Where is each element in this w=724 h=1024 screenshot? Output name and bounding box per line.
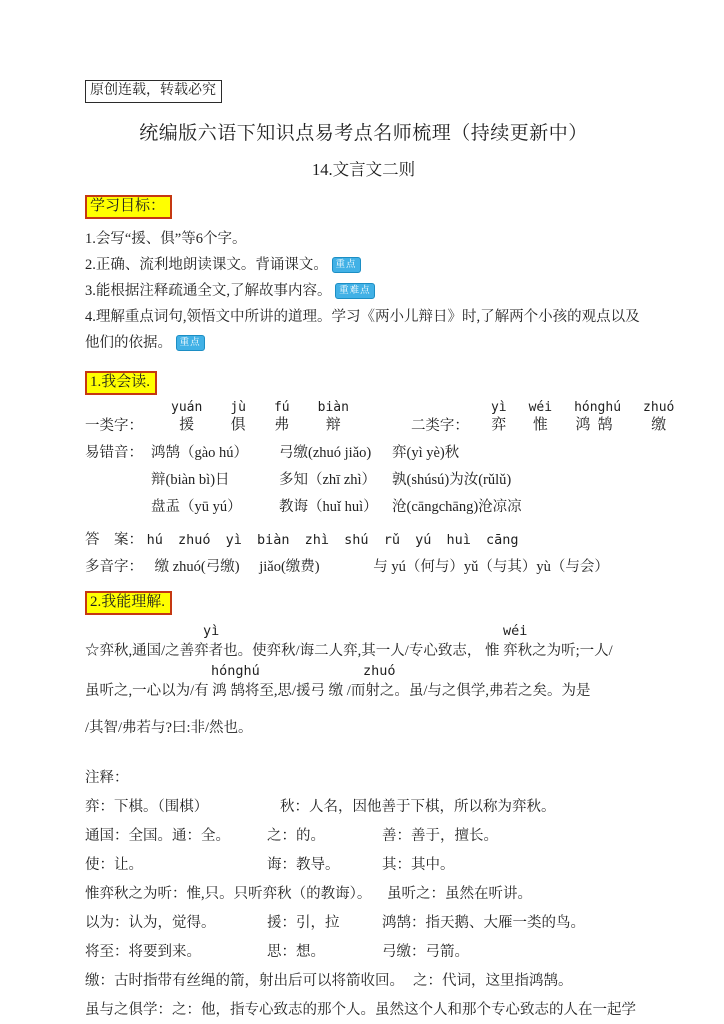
objectives-list: 1.会写“援、俱”等6个字。 2.正确、流利地朗读课文。背诵课文。 重点 3.能… xyxy=(85,226,642,356)
passage-line: 虽听之,一心以为/有 鸿 鹄将至,思/援弓 缴 /而射之。虽/与之俱学,弗若之矣… xyxy=(85,680,642,703)
char-with-pinyin: hónghú鸿鹄 xyxy=(574,400,621,435)
annotation-row: 将至：将要到来。 思：想。 弓缴：弓箭。 xyxy=(85,938,642,967)
annotation-cell: 思：想。 xyxy=(267,938,382,967)
document-page: 原创连载，转载必究 统编版六语下知识点易考点名师梳理（持续更新中） 14.文言文… xyxy=(0,0,724,1024)
passage-line: /其智/弗若与?曰:非/然也。 xyxy=(85,717,642,740)
understand-heading: 2.我能理解. xyxy=(85,591,172,615)
annotation-row: 通国：全国。通：全。 之：的。 善：善于，擅长。 xyxy=(85,822,642,851)
objective-text: 3.能根据注释疏通全文,了解故事内容。 xyxy=(85,283,332,299)
key-difficult-point-badge: 重难点 xyxy=(335,283,375,299)
annotation-row: 缴：古时指带有丝绳的箭，射出后可以将箭收回。 之：代词，这里指鸿鹄。 xyxy=(85,967,642,996)
classical-text-passage: yì wéi ☆弈秋,通国/之善弈者也。使弈秋/诲二人弈,其一人/专心致志， 惟… xyxy=(85,623,642,740)
annotation-row: 使：让。 诲：教导。 其：其中。 xyxy=(85,851,642,880)
objective-item: 1.会写“援、俱”等6个字。 xyxy=(85,226,642,252)
annotation-cell: 秋：人名，因他善于下棋，所以称为弈秋。 xyxy=(280,793,642,822)
error-prone-grid: 鸿鹄（gào hú） 弓缴(zhuó jiǎo) 弈(yì yè)秋 辩(bià… xyxy=(151,440,642,521)
annotation-cell: 之：的。 xyxy=(267,822,382,851)
char-with-pinyin: wéi惟 xyxy=(529,400,552,435)
annotation-cell: 援：引，拉 xyxy=(267,909,382,938)
annotation-cell: 缴：古时指带有丝绳的箭，射出后可以将箭收回。 xyxy=(85,967,413,996)
read-heading: 1.我会读. xyxy=(85,371,157,395)
annotation-cell: 将至：将要到来。 xyxy=(85,938,267,967)
annotation-cell: 其：其中。 xyxy=(382,851,642,880)
annotation-cell: 惟弈秋之为听：惟,只。只听弈秋（的教诲）。 xyxy=(85,880,387,909)
annotation-cell: 诲：教导。 xyxy=(267,851,382,880)
annotation-row: 惟弈秋之为听：惟,只。只听弈秋（的教诲）。 虽听之：虽然在听讲。 xyxy=(85,880,642,909)
pinyin-annotation: zhuó xyxy=(363,663,396,679)
annotation-row: 弈：下棋。（围棋） 秋：人名，因他善于下棋，所以称为弈秋。 xyxy=(85,793,642,822)
passage-line: ☆弈秋,通国/之善弈者也。使弈秋/诲二人弈,其一人/专心致志， 惟 弈秋之为听;… xyxy=(85,640,642,663)
objectives-heading: 学习目标： xyxy=(85,195,172,219)
annotation-cell: 使：让。 xyxy=(85,851,267,880)
answer-row: 答 案： hú zhuó yì biàn zhì shú rǔ yú huì c… xyxy=(85,528,642,549)
copyright-notice-box: 原创连载，转载必究 xyxy=(85,80,222,103)
pinyin-annotation-line: yì wéi xyxy=(85,623,642,640)
error-prone-label: 易错音： xyxy=(85,440,151,521)
polyphonic-entry: 与 yú（何与）yǔ（与其）yù（与会） xyxy=(373,559,609,575)
key-point-badge: 重点 xyxy=(176,335,205,351)
read-section: 1.我会读. 一类字： yuán援 jù俱 fú弗 biàn辩 二类字： yì弈… xyxy=(85,371,642,576)
error-prone-row: 鸿鹄（gào hú） 弓缴(zhuó jiǎo) 弈(yì yè)秋 xyxy=(151,440,642,467)
polyphonic-entry: 缴 zhuó(弓缴) xyxy=(155,559,240,575)
pinyin-annotation-line: hónghú zhuó xyxy=(85,663,642,680)
annotation-row: 虽与之俱学：之：他，指专心致志的那个人。虽然这个人和那个专心致志的人在一起学 xyxy=(85,996,642,1024)
char-with-pinyin: biàn辩 xyxy=(318,400,349,435)
char-with-pinyin: jù俱 xyxy=(230,400,246,435)
char-with-pinyin: zhuó缴 xyxy=(643,400,674,435)
objective-text: 4.理解重点词句,领悟文中所讲的道理。学习《两小儿辩日》时,了解两个小孩的观点以… xyxy=(85,309,640,351)
annotations-section: 注释： 弈：下棋。（围棋） 秋：人名，因他善于下棋，所以称为弈秋。 通国：全国。… xyxy=(85,764,642,1024)
annotation-cell: 善：善于，擅长。 xyxy=(382,822,642,851)
pinyin-annotation: yì xyxy=(203,623,219,639)
understand-section: 2.我能理解. yì wéi ☆弈秋,通国/之善弈者也。使弈秋/诲二人弈,其一人… xyxy=(85,591,642,740)
objectives-section: 学习目标： 1.会写“援、俱”等6个字。 2.正确、流利地朗读课文。背诵课文。 … xyxy=(85,195,642,356)
objective-item: 3.能根据注释疏通全文,了解故事内容。 重难点 xyxy=(85,278,642,304)
objective-item: 2.正确、流利地朗读课文。背诵课文。 重点 xyxy=(85,252,642,278)
objective-text: 1.会写“援、俱”等6个字。 xyxy=(85,231,247,247)
pinyin-annotation: wéi xyxy=(503,623,527,639)
annotation-cell: 以为：认为，觉得。 xyxy=(85,909,267,938)
answer-label: 答 案： xyxy=(85,532,143,548)
annotation-cell: 之：代词，这里指鸿鹄。 xyxy=(413,967,642,996)
char-with-pinyin: yuán援 xyxy=(171,400,202,435)
annotation-cell: 弓缴：弓箭。 xyxy=(382,938,642,967)
class1-label: 一类字： xyxy=(85,414,143,435)
objective-item: 4.理解重点词句,领悟文中所讲的道理。学习《两小儿辩日》时,了解两个小孩的观点以… xyxy=(85,304,642,356)
polyphonic-label: 多音字： xyxy=(85,559,143,575)
annotation-cell: 虽听之：虽然在听讲。 xyxy=(387,880,642,909)
char-classes-row: 一类字： yuán援 jù俱 fú弗 biàn辩 二类字： yì弈 wéi惟 h… xyxy=(85,400,642,435)
objective-text: 2.正确、流利地朗读课文。背诵课文。 xyxy=(85,257,328,273)
error-prone-sounds-block: 易错音： 鸿鹄（gào hú） 弓缴(zhuó jiǎo) 弈(yì yè)秋 … xyxy=(85,440,642,521)
class2-label: 二类字： xyxy=(411,414,469,435)
answer-pinyin: hú zhuó yì biàn zhì shú rǔ yú huì cāng xyxy=(147,532,519,548)
annotation-cell: 虽与之俱学：之：他，指专心致志的那个人。虽然这个人和那个专心致志的人在一起学 xyxy=(85,996,642,1024)
lesson-title: 14.文言文二则 xyxy=(85,156,642,180)
polyphonic-row: 多音字： 缴 zhuó(弓缴) jiǎo(缴费) 与 yú（何与）yǔ（与其）y… xyxy=(85,555,642,576)
document-title: 统编版六语下知识点易考点名师梳理（持续更新中） xyxy=(85,118,642,145)
annotation-cell: 弈：下棋。（围棋） xyxy=(85,793,280,822)
class2-group: yì弈 wéi惟 hónghú鸿鹄 zhuó缴 xyxy=(469,400,674,435)
annotation-cell: 鸿鹄：指天鹅、大雁一类的鸟。 xyxy=(382,909,642,938)
annotation-cell: 通国：全国。通：全。 xyxy=(85,822,267,851)
pinyin-annotation: hónghú xyxy=(211,663,260,679)
char-with-pinyin: fú弗 xyxy=(274,400,290,435)
annotations-heading-row: 注释： xyxy=(85,764,642,793)
annotations-heading: 注释： xyxy=(85,764,129,793)
annotation-row: 以为：认为，觉得。 援：引，拉 鸿鹄：指天鹅、大雁一类的鸟。 xyxy=(85,909,642,938)
polyphonic-entry: jiǎo(缴费) xyxy=(259,559,319,575)
key-point-badge: 重点 xyxy=(332,257,361,273)
error-prone-row: 盘盂（yū yú） 教诲（huǐ huì） 沧(cāngchāng)沧凉凉 xyxy=(151,494,642,521)
error-prone-row: 辩(biàn bì)日 多知（zhī zhì） 孰(shúsú)为汝(rǔlǔ) xyxy=(151,467,642,494)
char-with-pinyin: yì弈 xyxy=(491,400,507,435)
